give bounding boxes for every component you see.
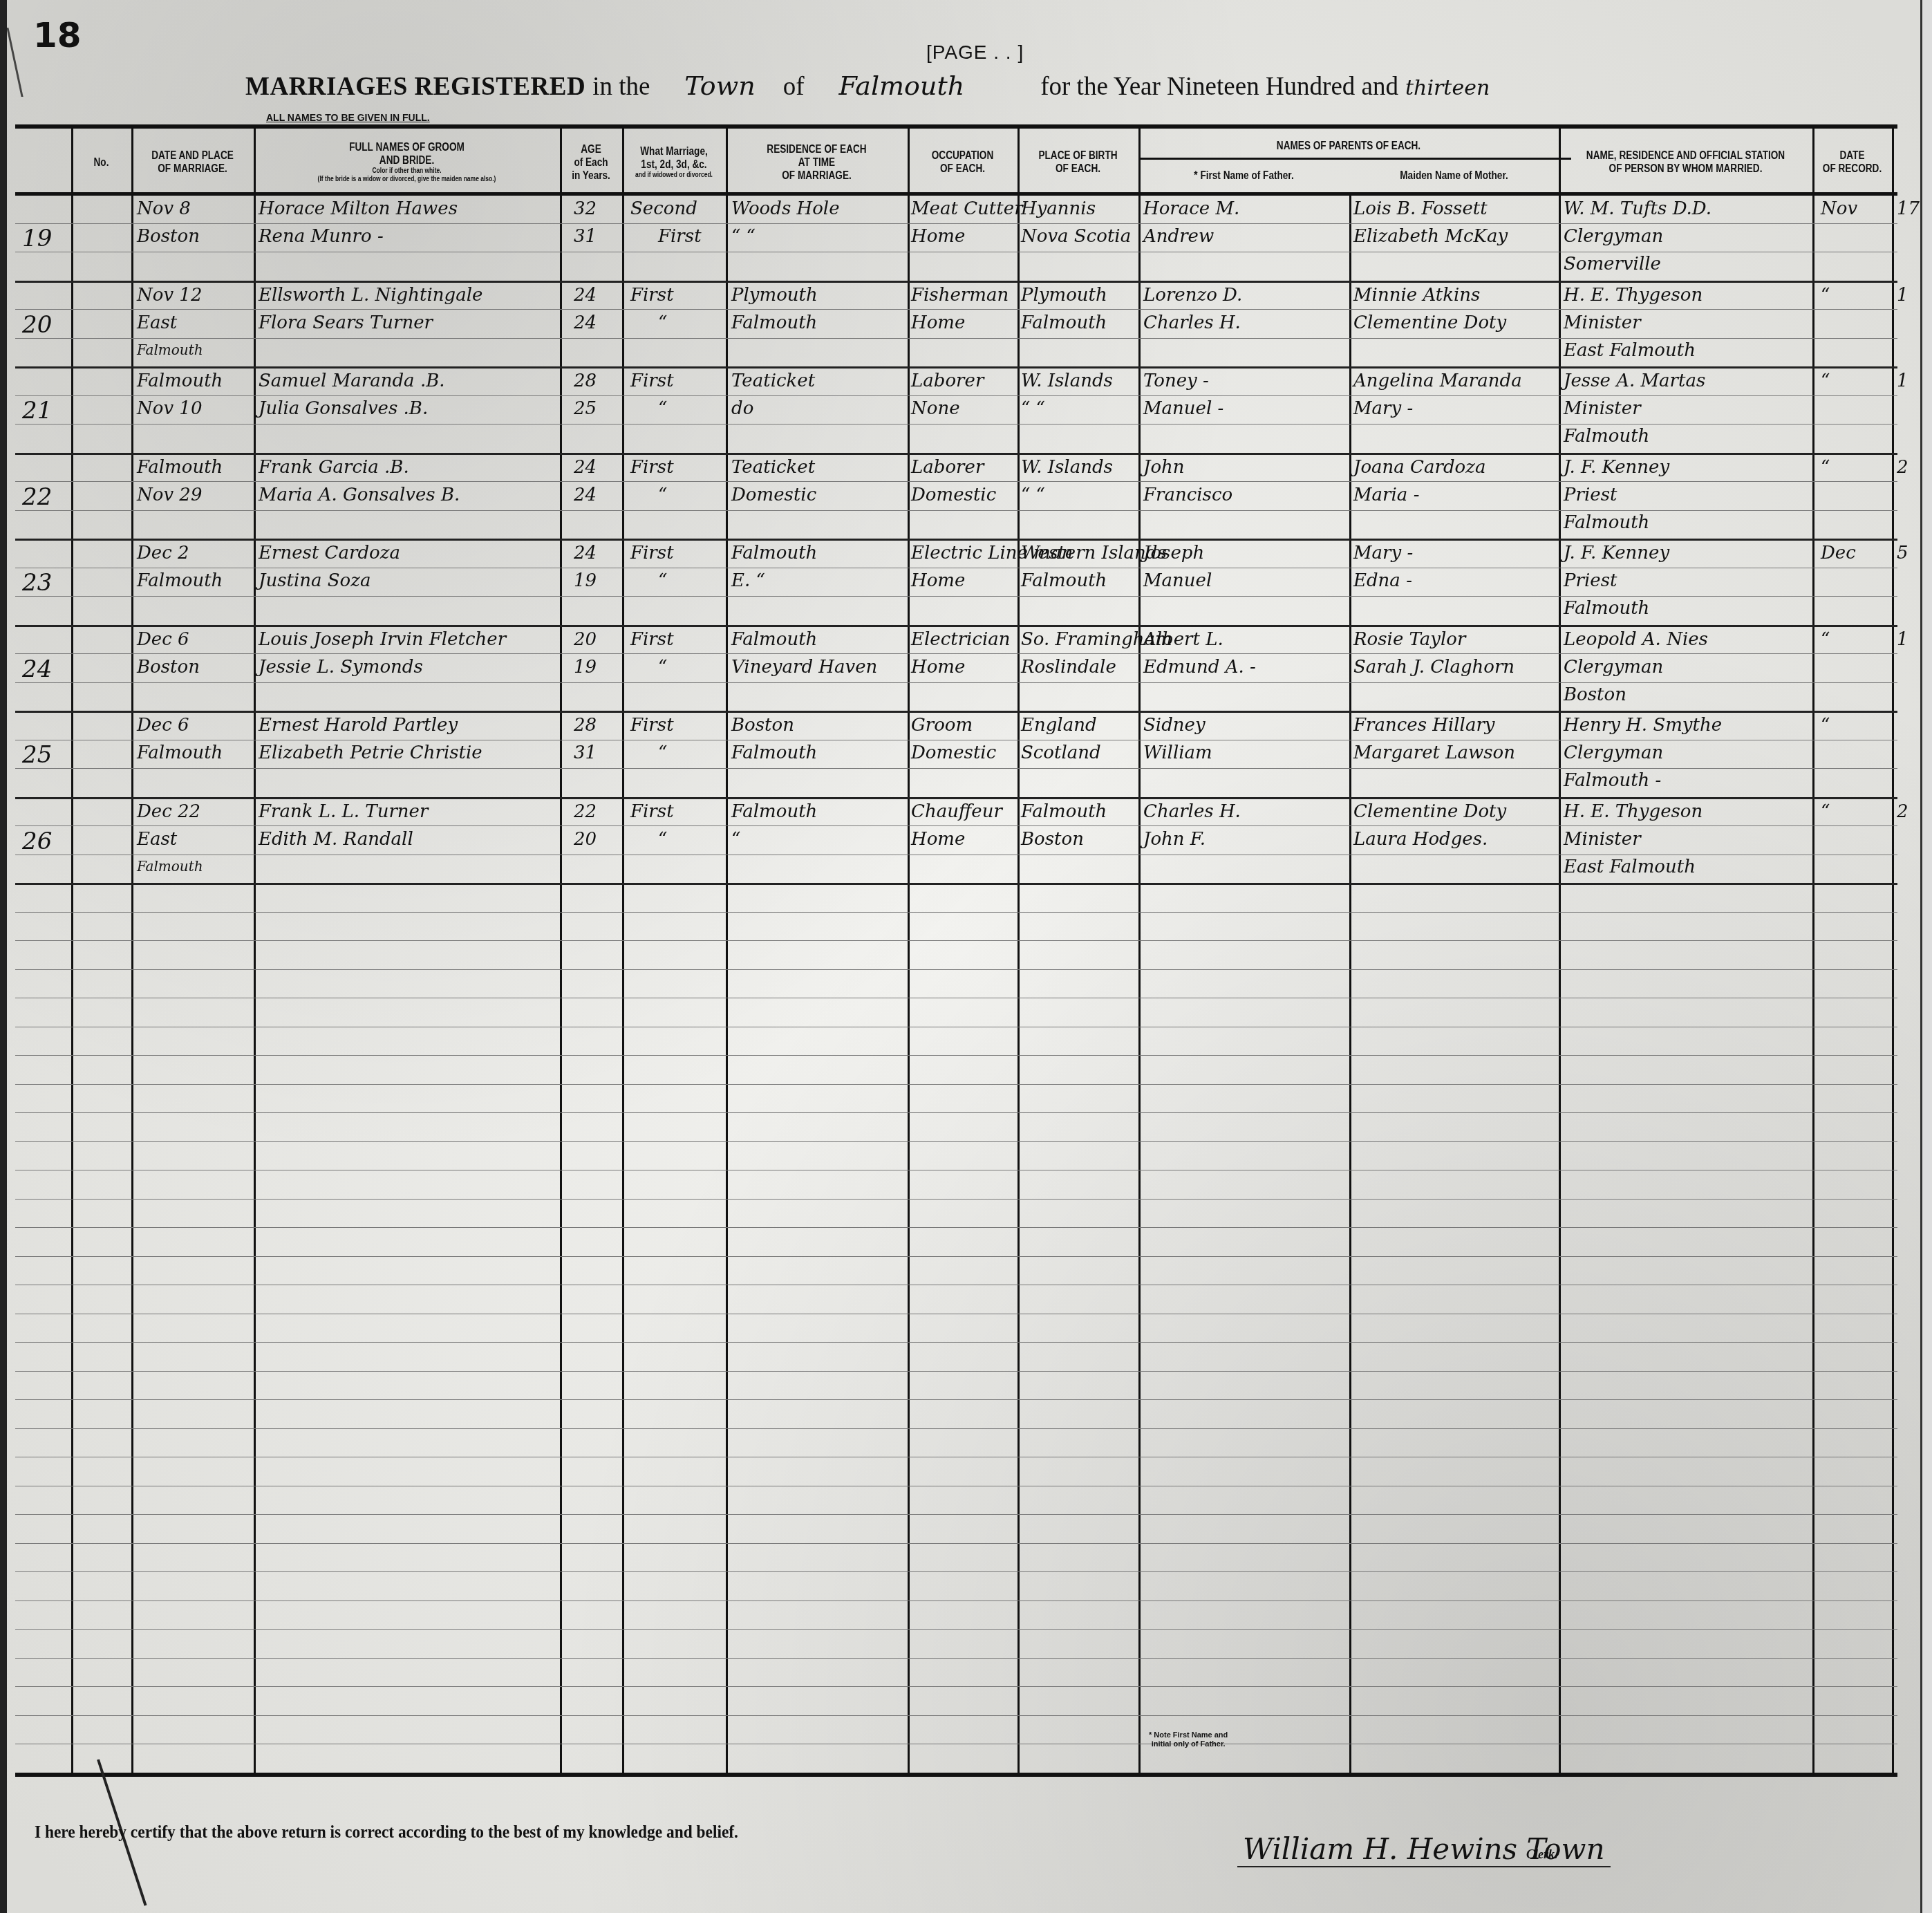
bride-occupation: Home xyxy=(911,829,965,850)
officiant-station: Priest xyxy=(1564,485,1617,505)
groom-mother: Minnie Atkins xyxy=(1353,285,1480,306)
groom-age: 28 xyxy=(574,715,597,736)
header-officiant: NAME, RESIDENCE AND OFFICIAL STATION OF … xyxy=(1578,134,1794,191)
overflow-column-value: 1 xyxy=(1897,371,1908,391)
entry-number: 23 xyxy=(22,569,52,597)
overflow-column-value: 1 xyxy=(1897,629,1908,650)
bride-marriage-number: “ xyxy=(658,829,667,850)
header-date-record: DATE OF RECORD. xyxy=(1819,134,1886,191)
overflow-column-value: 5 xyxy=(1897,543,1908,563)
register-entry: 24 Dec 6 Boston Louis Joseph Irvin Fletc… xyxy=(15,625,1897,711)
binding-edge xyxy=(0,0,7,1913)
groom-occupation: Electrician xyxy=(911,629,1011,650)
bride-age: 25 xyxy=(574,398,597,419)
groom-father: Lorenzo D. xyxy=(1143,285,1242,306)
clerk-title: Clerk. xyxy=(1526,1847,1558,1862)
bride-age: 19 xyxy=(574,570,597,591)
header-label: OF MARRIAGE. xyxy=(782,169,851,183)
marriage-date-place: Nov 10 xyxy=(137,398,202,419)
groom-mother: Angelina Maranda xyxy=(1353,371,1522,391)
officiant-name: Leopold A. Nies xyxy=(1564,629,1708,650)
officiant-name: Henry H. Smythe xyxy=(1564,715,1722,736)
register-entry: 25 Dec 6 Falmouth Ernest Harold Partley … xyxy=(15,711,1897,796)
header-date-place: DATE AND PLACE OF MARRIAGE. xyxy=(140,134,244,191)
groom-mother: Joana Cardoza xyxy=(1353,457,1485,478)
ruled-line xyxy=(15,1543,1897,1544)
bride-occupation: Home xyxy=(911,312,965,333)
bride-birthplace: Boston xyxy=(1021,829,1084,850)
groom-occupation: Meat Cutter xyxy=(911,198,1023,219)
bride-birthplace: Scotland xyxy=(1021,743,1101,763)
groom-name: Frank Garcia .B. xyxy=(259,457,409,478)
header-note: (If the bride is a widow or divorced, gi… xyxy=(318,176,496,184)
groom-father: Joseph xyxy=(1143,543,1204,563)
groom-occupation: Chauffeur xyxy=(911,801,1002,822)
ruled-line xyxy=(15,1112,1897,1113)
date-of-record: “ xyxy=(1821,801,1830,822)
bride-father: William xyxy=(1143,743,1212,763)
ruled-line xyxy=(15,883,1897,885)
groom-age: 32 xyxy=(574,198,597,219)
marriage-register-table: No. DATE AND PLACE OF MARRIAGE. FULL NAM… xyxy=(15,124,1897,1777)
officiant-name: H. E. Thygeson xyxy=(1564,801,1703,822)
bride-marriage-number: “ xyxy=(658,657,667,678)
bride-name: Edith M. Randall xyxy=(259,829,413,850)
bride-age: 20 xyxy=(574,829,597,850)
marriage-date-place: Falmouth xyxy=(137,371,223,391)
groom-name: Horace Milton Hawes xyxy=(259,198,458,219)
overflow-column-value: 1 xyxy=(1897,285,1908,306)
groom-occupation: Fisherman xyxy=(911,285,1009,306)
municipality-type: Town xyxy=(684,71,755,101)
groom-birthplace: W. Islands xyxy=(1021,457,1113,478)
officiant-station: Minister xyxy=(1564,829,1641,850)
entry-number: 24 xyxy=(22,655,52,683)
ruled-line xyxy=(15,1457,1897,1457)
bride-mother: Edna - xyxy=(1353,570,1412,591)
marriage-date-place: Nov 8 xyxy=(137,198,191,219)
bride-occupation: Domestic xyxy=(911,485,996,505)
marriage-date-place: East xyxy=(137,829,177,850)
marriage-date-place: Falmouth xyxy=(137,570,223,591)
ruled-line xyxy=(15,1428,1897,1429)
marriage-date-place: Nov 12 xyxy=(137,285,202,306)
entry-number: 21 xyxy=(22,397,52,424)
header-label: AT TIME xyxy=(798,156,835,169)
bride-marriage-number: First xyxy=(658,226,702,247)
title-prefix: MARRIAGES REGISTERED xyxy=(245,72,585,102)
header-residence: RESIDENCE OF EACH AT TIME OF MARRIAGE. xyxy=(740,134,894,191)
officiant-station: Clergyman xyxy=(1564,743,1663,763)
ruled-line xyxy=(15,1199,1897,1200)
ruled-line xyxy=(15,1055,1897,1056)
ruled-line xyxy=(15,1486,1897,1486)
groom-birthplace: Hyannis xyxy=(1021,198,1096,219)
bride-birthplace: Nova Scotia xyxy=(1021,226,1131,247)
bride-mother: Laura Hodges. xyxy=(1353,829,1488,850)
bride-father: Andrew xyxy=(1143,226,1214,247)
header-label: OF MARRIAGE. xyxy=(158,162,227,176)
header-label: FULL NAMES OF GROOM xyxy=(349,141,465,154)
bride-residence: do xyxy=(731,398,753,419)
marriage-date-place: Nov 29 xyxy=(137,485,202,505)
groom-birthplace: W. Islands xyxy=(1021,371,1113,391)
groom-father: John xyxy=(1143,457,1185,478)
entry-number: 26 xyxy=(22,828,52,855)
date-of-record: Nov xyxy=(1821,198,1857,219)
marriage-date-place: Dec 6 xyxy=(137,715,189,736)
groom-marriage-number: First xyxy=(630,457,674,478)
entry-number: 19 xyxy=(22,225,52,252)
header-age: AGE of Each in Years. xyxy=(565,134,618,191)
header-label: DATE xyxy=(1839,149,1864,162)
groom-marriage-number: First xyxy=(630,543,674,563)
groom-name: Ernest Harold Partley xyxy=(259,715,458,736)
bride-name: Flora Sears Turner xyxy=(259,312,433,333)
bride-age: 24 xyxy=(574,312,597,333)
bride-occupation: None xyxy=(911,398,960,419)
header-names: FULL NAMES OF GROOM AND BRIDE. Color if … xyxy=(276,134,537,191)
bride-name: Rena Munro - xyxy=(259,226,384,247)
bride-age: 19 xyxy=(574,657,597,678)
groom-residence: Plymouth xyxy=(731,285,818,306)
register-entry: 22 Falmouth Nov 29 Frank Garcia .B. Mari… xyxy=(15,453,1897,539)
register-entry: 23 Dec 2 Falmouth Ernest Cardoza Justina… xyxy=(15,539,1897,624)
header-note: Color if other than white. xyxy=(372,167,441,176)
header-label: Maiden Name of Mother. xyxy=(1400,169,1508,183)
bride-father: Charles H. xyxy=(1143,312,1241,333)
bride-age: 31 xyxy=(574,226,597,247)
register-entry: 20 Nov 12 East Falmouth Ellsworth L. Nig… xyxy=(15,281,1897,366)
register-entry: 19 Nov 8 Boston Horace Milton Hawes Rena… xyxy=(15,194,1897,280)
bride-birthplace: “ “ xyxy=(1021,485,1045,505)
page-bracket: [PAGE . . ] xyxy=(926,41,1024,64)
header-mother: Maiden Name of Mother. xyxy=(1365,162,1544,189)
header-label: * First Name of Father. xyxy=(1194,169,1293,183)
header-label: RESIDENCE OF EACH xyxy=(767,143,866,156)
header-parents: NAMES OF PARENTS OF EACH. xyxy=(1170,134,1528,158)
bride-marriage-number: “ xyxy=(658,743,667,763)
bride-birthplace: Falmouth xyxy=(1021,312,1107,333)
groom-marriage-number: Second xyxy=(630,198,697,219)
groom-marriage-number: First xyxy=(630,371,674,391)
officiant-residence: East Falmouth xyxy=(1564,340,1696,361)
groom-occupation: Laborer xyxy=(911,371,984,391)
bride-father: Manuel xyxy=(1143,570,1212,591)
groom-residence: Falmouth xyxy=(731,629,817,650)
bride-birthplace: Roslindale xyxy=(1021,657,1116,678)
groom-mother: Mary - xyxy=(1353,543,1413,563)
bride-mother: Mary - xyxy=(1353,398,1413,419)
overflow-column-value: 2 xyxy=(1897,801,1908,822)
groom-birthplace: Falmouth xyxy=(1021,801,1107,822)
bride-name: Jessie L. Symonds xyxy=(259,657,423,678)
date-of-record: “ xyxy=(1821,371,1830,391)
bride-father: Edmund A. - xyxy=(1143,657,1256,678)
ruled-line xyxy=(15,940,1897,941)
groom-marriage-number: First xyxy=(630,801,674,822)
title-in-the: in the xyxy=(592,72,650,102)
ruled-line xyxy=(15,1371,1897,1372)
officiant-residence: Somerville xyxy=(1564,254,1661,274)
groom-mother: Frances Hillary xyxy=(1353,715,1495,736)
bride-residence: Domestic xyxy=(731,485,816,505)
date-of-record: “ xyxy=(1821,457,1830,478)
officiant-station: Priest xyxy=(1564,570,1617,591)
bride-residence: “ “ xyxy=(731,226,756,247)
bride-occupation: Domestic xyxy=(911,743,996,763)
ruled-line xyxy=(15,1399,1897,1400)
marriage-date-place: Dec 22 xyxy=(137,801,200,822)
header-no: No. xyxy=(76,134,127,191)
bride-name: Julia Gonsalves .B. xyxy=(259,398,428,419)
ruled-line xyxy=(15,1514,1897,1515)
ruled-line xyxy=(15,1744,1897,1744)
ruled-line xyxy=(15,1227,1897,1228)
bride-marriage-number: “ xyxy=(658,398,667,419)
officiant-name: J. F. Kenney xyxy=(1564,457,1669,478)
footnote-line: * Note First Name and xyxy=(1149,1731,1228,1740)
header-label: OCCUPATION xyxy=(932,149,993,162)
ruled-line xyxy=(15,969,1897,970)
ruled-line xyxy=(15,998,1897,998)
bride-occupation: Home xyxy=(911,226,965,247)
ruled-line xyxy=(15,1658,1897,1659)
groom-father: Sidney xyxy=(1143,715,1206,736)
title-of: of xyxy=(783,72,805,102)
ruled-line xyxy=(15,1285,1897,1285)
groom-age: 28 xyxy=(574,371,597,391)
ruled-line xyxy=(15,912,1897,913)
officiant-residence: Boston xyxy=(1564,684,1626,705)
marriage-date-place: Dec 2 xyxy=(137,543,189,563)
header-no-label: No. xyxy=(94,156,109,169)
groom-residence: Falmouth xyxy=(731,543,817,563)
bride-mother: Margaret Lawson xyxy=(1353,743,1515,763)
bride-birthplace: Falmouth xyxy=(1021,570,1107,591)
header-label: AND BRIDE. xyxy=(379,154,434,167)
entry-number: 22 xyxy=(22,483,52,511)
header-label: OF EACH. xyxy=(940,162,985,176)
groom-birthplace: England xyxy=(1021,715,1097,736)
groom-residence: Boston xyxy=(731,715,794,736)
header-label: AGE xyxy=(581,143,601,156)
date-of-record: “ xyxy=(1821,629,1830,650)
bride-residence: E. “ xyxy=(731,570,765,591)
marriage-date-place: Falmouth xyxy=(137,858,203,875)
ruled-line xyxy=(15,1571,1897,1572)
groom-father: Charles H. xyxy=(1143,801,1241,822)
groom-birthplace: Plymouth xyxy=(1021,285,1107,306)
bride-father: Manuel - xyxy=(1143,398,1223,419)
groom-age: 20 xyxy=(574,629,597,650)
groom-residence: Teaticket xyxy=(731,457,815,478)
marriage-date-place: Boston xyxy=(137,657,200,678)
officiant-name: H. E. Thygeson xyxy=(1564,285,1703,306)
entry-number: 20 xyxy=(22,311,52,339)
header-label: NAMES OF PARENTS OF EACH. xyxy=(1277,140,1420,153)
groom-residence: Falmouth xyxy=(731,801,817,822)
ruled-line xyxy=(15,1027,1897,1027)
bride-name: Maria A. Gonsalves B. xyxy=(259,485,460,505)
overflow-column-value: 17 xyxy=(1897,198,1920,219)
officiant-name: J. F. Kenney xyxy=(1564,543,1669,563)
municipality-name: Falmouth xyxy=(838,71,964,101)
bride-age: 24 xyxy=(574,485,597,505)
footnote-line: initial only of Father. xyxy=(1149,1740,1228,1749)
marriage-date-place: Falmouth xyxy=(137,743,223,763)
ruled-line xyxy=(15,1314,1897,1314)
parents-divider xyxy=(1138,158,1571,160)
header-label: PLACE OF BIRTH xyxy=(1038,149,1117,162)
date-of-record: “ xyxy=(1821,285,1830,306)
page-right-edge xyxy=(1920,0,1932,1913)
page-title: MARRIAGES REGISTERED in the Town of Falm… xyxy=(245,71,1499,102)
ruled-line xyxy=(15,1170,1897,1170)
groom-age: 22 xyxy=(574,801,597,822)
ruled-line xyxy=(15,1601,1897,1601)
bride-marriage-number: “ xyxy=(658,485,667,505)
header-label: OF EACH. xyxy=(1056,162,1100,176)
groom-marriage-number: First xyxy=(630,629,674,650)
officiant-station: Minister xyxy=(1564,398,1641,419)
father-name-footnote: * Note First Name and initial only of Fa… xyxy=(1149,1731,1228,1749)
marriage-date-place: East xyxy=(137,312,177,333)
officiant-residence: Falmouth xyxy=(1564,598,1649,619)
page-number: 18 xyxy=(33,15,82,55)
overflow-column-value: 2 xyxy=(1897,457,1908,478)
ruled-line xyxy=(15,1342,1897,1343)
register-entry: 26 Dec 22 East Falmouth Frank L. L. Turn… xyxy=(15,797,1897,883)
bride-mother: Maria - xyxy=(1353,485,1419,505)
groom-name: Louis Joseph Irvin Fletcher xyxy=(259,629,506,650)
groom-occupation: Groom xyxy=(911,715,973,736)
officiant-residence: Falmouth - xyxy=(1564,770,1661,791)
register-page: 18 [PAGE . . ] MARRIAGES REGISTERED in t… xyxy=(0,0,1932,1913)
bride-mother: Sarah J. Claghorn xyxy=(1353,657,1514,678)
bride-residence: Falmouth xyxy=(731,312,817,333)
bride-marriage-number: “ xyxy=(658,312,667,333)
groom-name: Ernest Cardoza xyxy=(259,543,400,563)
groom-father: Horace M. xyxy=(1143,198,1239,219)
entry-number: 25 xyxy=(22,741,52,769)
date-of-record: Dec xyxy=(1821,543,1856,563)
header-father: * First Name of Father. xyxy=(1154,162,1333,189)
marriage-date-place: Falmouth xyxy=(137,457,223,478)
ruled-line xyxy=(15,1715,1897,1716)
bride-residence: “ xyxy=(731,829,740,850)
officiant-name: Jesse A. Martas xyxy=(1564,371,1705,391)
groom-mother: Clementine Doty xyxy=(1353,801,1506,822)
bride-name: Justina Soza xyxy=(259,570,371,591)
bride-age: 31 xyxy=(574,743,597,763)
ruled-line xyxy=(15,1256,1897,1257)
officiant-residence: Falmouth xyxy=(1564,426,1649,447)
date-of-record: “ xyxy=(1821,715,1830,736)
bride-occupation: Home xyxy=(911,657,965,678)
title-year-prefix: for the Year Nineteen Hundred and xyxy=(1040,72,1398,102)
header-label: 1st, 2d, 3d, &c. xyxy=(641,158,706,171)
bride-occupation: Home xyxy=(911,570,965,591)
ruled-line xyxy=(15,1084,1897,1085)
groom-mother: Lois B. Fossett xyxy=(1353,198,1488,219)
groom-name: Samuel Maranda .B. xyxy=(259,371,445,391)
bride-residence: Falmouth xyxy=(731,743,817,763)
marriage-date-place: Dec 6 xyxy=(137,629,189,650)
header-occupation: OCCUPATION OF EACH. xyxy=(916,134,1009,191)
ruled-line xyxy=(15,1686,1897,1687)
officiant-station: Clergyman xyxy=(1564,657,1663,678)
header-birthplace: PLACE OF BIRTH OF EACH. xyxy=(1026,134,1129,191)
certification-statement: I here hereby certify that the above ret… xyxy=(35,1822,738,1842)
groom-residence: Woods Hole xyxy=(731,198,840,219)
officiant-residence: East Falmouth xyxy=(1564,857,1696,877)
header-label: in Years. xyxy=(572,169,610,183)
groom-residence: Teaticket xyxy=(731,371,815,391)
header-label: OF RECORD. xyxy=(1823,162,1882,176)
ruled-line xyxy=(15,1629,1897,1630)
header-what-marriage: What Marriage, 1st, 2d, 3d, &c. and if w… xyxy=(630,134,718,191)
groom-occupation: Laborer xyxy=(911,457,984,478)
officiant-name: W. M. Tufts D.D. xyxy=(1564,198,1711,219)
groom-name: Ellsworth L. Nightingale xyxy=(259,285,482,306)
bride-marriage-number: “ xyxy=(658,570,667,591)
title-year-suffix: thirteen xyxy=(1405,76,1490,100)
marriage-date-place: Falmouth xyxy=(137,342,203,358)
groom-age: 24 xyxy=(574,543,597,563)
officiant-residence: Falmouth xyxy=(1564,512,1649,533)
header-note: and if widowed or divorced. xyxy=(635,171,713,180)
marriage-date-place: Boston xyxy=(137,226,200,247)
ruled-line xyxy=(15,1141,1897,1142)
header-label: OF PERSON BY WHOM MARRIED. xyxy=(1609,162,1763,176)
names-in-full-note: ALL NAMES TO BE GIVEN IN FULL. xyxy=(266,112,430,123)
groom-marriage-number: First xyxy=(630,715,674,736)
groom-age: 24 xyxy=(574,285,597,306)
groom-father: Albert L. xyxy=(1143,629,1223,650)
groom-name: Frank L. L. Turner xyxy=(259,801,428,822)
bride-residence: Vineyard Haven xyxy=(731,657,877,678)
bride-birthplace: “ “ xyxy=(1021,398,1045,419)
header-label: What Marriage, xyxy=(640,145,707,158)
officiant-station: Clergyman xyxy=(1564,226,1663,247)
groom-father: Toney - xyxy=(1143,371,1209,391)
officiant-station: Minister xyxy=(1564,312,1641,333)
groom-marriage-number: First xyxy=(630,285,674,306)
bride-mother: Clementine Doty xyxy=(1353,312,1506,333)
groom-mother: Rosie Taylor xyxy=(1353,629,1465,650)
header-label: NAME, RESIDENCE AND OFFICIAL STATION xyxy=(1586,149,1785,162)
bride-mother: Elizabeth McKay xyxy=(1353,226,1508,247)
bride-father: John F. xyxy=(1143,829,1206,850)
register-entry: 21 Falmouth Nov 10 Samuel Maranda .B. Ju… xyxy=(15,366,1897,452)
header-label: DATE AND PLACE xyxy=(151,149,234,162)
bride-father: Francisco xyxy=(1143,485,1232,505)
bride-name: Elizabeth Petrie Christie xyxy=(259,743,482,763)
groom-age: 24 xyxy=(574,457,597,478)
header-label: of Each xyxy=(574,156,608,169)
